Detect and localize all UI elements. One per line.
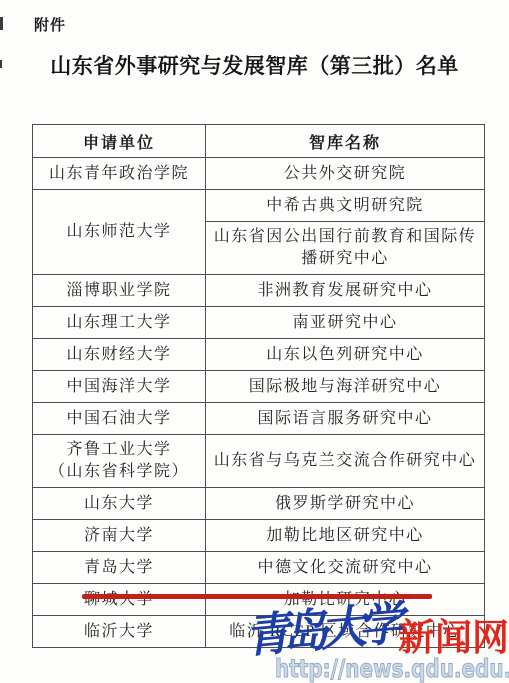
table-header-row: 申请单位 智库名称 — [33, 125, 485, 158]
table-row: 山东大学 俄罗斯学研究中心 — [33, 488, 485, 520]
watermark-url: http://news.qdu.edu.cn — [275, 654, 509, 683]
page-title: 山东省外事研究与发展智库（第三批）名单 — [0, 50, 509, 80]
tank-cell: 中德文化交流研究中心 — [206, 552, 485, 584]
tank-cell: 公共外交研究院 — [206, 158, 485, 190]
table-row: 中国石油大学 国际语言服务研究中心 — [33, 403, 485, 435]
scan-artifact — [0, 17, 3, 30]
table-row: 山东青年政治学院 公共外交研究院 — [33, 158, 485, 190]
tank-cell: 国际语言服务研究中心 — [206, 403, 485, 435]
table-row: 淄博职业学院 非洲教育发展研究中心 — [33, 275, 485, 307]
unit-cell: 济南大学 — [33, 520, 206, 552]
table-row: 中国海洋大学 国际极地与海洋研究中心 — [33, 371, 485, 403]
table-row: 齐鲁工业大学 （山东省科学院） 山东省与乌克兰交流合作研究中心 — [33, 435, 485, 488]
unit-cell: 山东理工大学 — [33, 307, 206, 339]
unit-cell: 聊城大学 — [33, 584, 206, 616]
unit-cell: 临沂大学 — [33, 616, 206, 648]
tank-cell: 中希古典文明研究院 — [206, 190, 485, 222]
unit-cell: 淄博职业学院 — [33, 275, 206, 307]
table-row: 山东理工大学 南亚研究中心 — [33, 307, 485, 339]
tank-cell: 加勒比地区研究中心 — [206, 520, 485, 552]
table-row: 山东师范大学 中希古典文明研究院 — [33, 190, 485, 222]
header-unit: 申请单位 — [33, 125, 206, 158]
tank-cell: 非洲教育发展研究中心 — [206, 275, 485, 307]
unit-cell: 山东青年政治学院 — [33, 158, 206, 190]
table-row: 济南大学 加勒比地区研究中心 — [33, 520, 485, 552]
unit-cell: 青岛大学 — [33, 552, 206, 584]
tank-cell: 国际极地与海洋研究中心 — [206, 371, 485, 403]
thinktank-table: 申请单位 智库名称 山东青年政治学院 公共外交研究院 山东师范大学 中希古典文明… — [32, 124, 485, 648]
unit-cell: 中国石油大学 — [33, 403, 206, 435]
unit-cell: 山东师范大学 — [33, 190, 206, 275]
tank-cell: 山东省与乌克兰交流合作研究中心 — [206, 435, 485, 488]
document-page: 附件 山东省外事研究与发展智库（第三批）名单 申请单位 智库名称 山东青年政治学… — [0, 0, 509, 683]
unit-cell: 中国海洋大学 — [33, 371, 206, 403]
tank-cell: 山东以色列研究中心 — [206, 339, 485, 371]
tank-cell: 南亚研究中心 — [206, 307, 485, 339]
unit-cell: 山东财经大学 — [33, 339, 206, 371]
tank-cell: 俄罗斯学研究中心 — [206, 488, 485, 520]
table-row-highlighted: 青岛大学 中德文化交流研究中心 — [33, 552, 485, 584]
tank-cell: 山东省因公出国行前教育和国际传播研究中心 — [206, 222, 485, 275]
unit-cell: 山东大学 — [33, 488, 206, 520]
table-row: 山东财经大学 山东以色列研究中心 — [33, 339, 485, 371]
unit-cell: 齐鲁工业大学 （山东省科学院） — [33, 435, 206, 488]
news-net-label: 新闻网 — [398, 607, 509, 661]
attachment-label: 附件 — [34, 14, 66, 35]
header-tank: 智库名称 — [206, 125, 485, 158]
